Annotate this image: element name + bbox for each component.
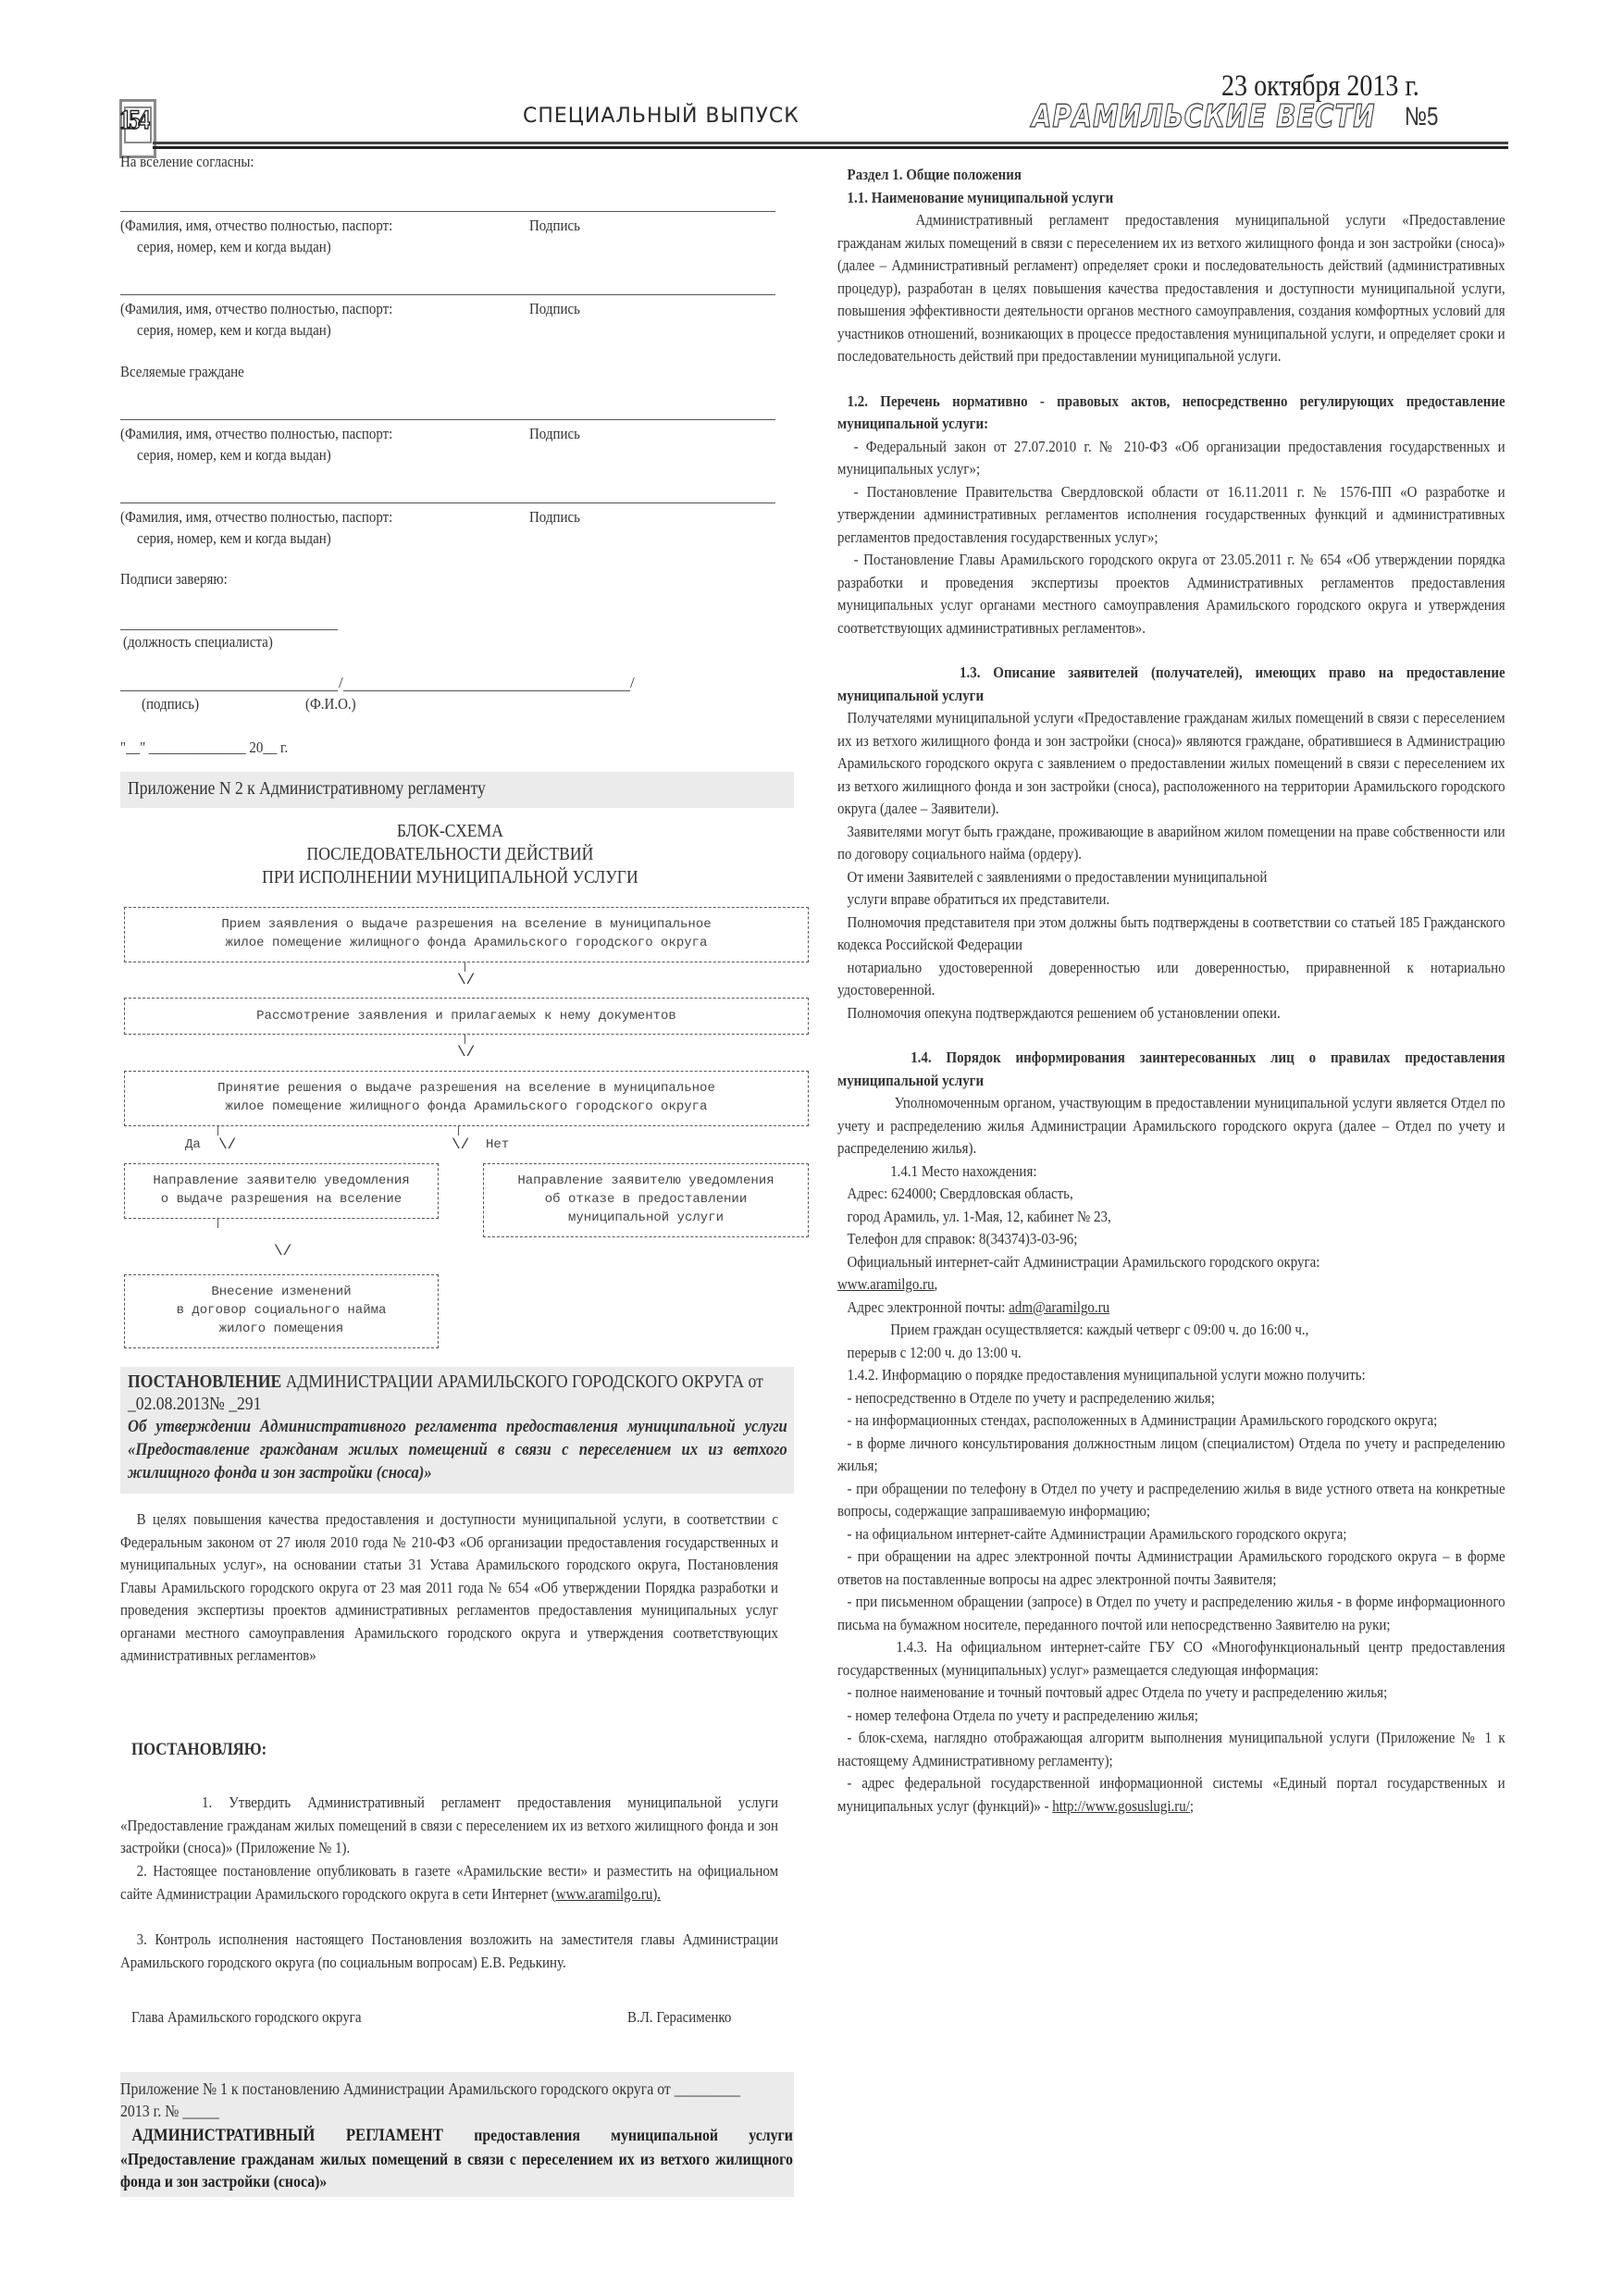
section13-paragraph: От имени Заявителей с заявлениями о пред… — [837, 866, 1505, 889]
page-number-badge: 154 — [119, 99, 156, 158]
connector — [217, 1219, 218, 1228]
down-arrow-icon: \/ — [218, 1136, 236, 1153]
address: Адрес: 624000; Свердловская область, — [837, 1183, 1505, 1206]
resolution-title-bold: ПОСТАНОВЛЕНИЕ — [128, 1371, 281, 1392]
connector — [465, 962, 465, 972]
name-line[interactable] — [120, 294, 775, 295]
slash: / — [339, 674, 343, 692]
section143-item: - полное наименование и точный почтовый … — [837, 1682, 1505, 1705]
name-hint: (Фамилия, имя, отчество полностью, паспо… — [120, 425, 392, 443]
flow-step-text: в договор социального найма — [125, 1301, 438, 1320]
name-hint-2: серия, номер, кем и когда выдан) — [137, 446, 331, 465]
section142-item: - при обращении по телефону в Отдел по у… — [837, 1478, 1505, 1523]
resolution-banner: ПОСТАНОВЛЕНИЕ АДМИНИСТРАЦИИ АРАМИЛЬСКОГО… — [120, 1367, 794, 1494]
section13-paragraph: Заявителями могут быть граждане, прожива… — [837, 821, 1505, 866]
section13-paragraph: услуги вправе обратиться их представител… — [837, 888, 1505, 912]
down-arrow-icon: \/ — [457, 972, 475, 988]
decree-heading: ПОСТАНОВЛЯЮ: — [131, 1740, 266, 1760]
section142-item: - в форме личного консультирования должн… — [837, 1433, 1505, 1478]
email-link[interactable]: adm@aramilgo.ru — [1009, 1298, 1109, 1316]
decree-item-2: 2. Настоящее постановление опубликовать … — [120, 1860, 778, 1905]
name-hint: (Фамилия, имя, отчество полностью, паспо… — [120, 508, 392, 527]
flow-step-text: жилое помещение жилищного фонда Арамильс… — [125, 1098, 808, 1116]
decree-item-3: 3. Контроль исполнения настоящего Постан… — [120, 1929, 778, 1974]
appendix1-line: Приложение № 1 к постановлению Администр… — [120, 2078, 772, 2122]
signature-hint: (подпись) — [142, 695, 199, 714]
certify-heading: Подписи заверяю: — [120, 570, 228, 589]
no-label: Нет — [486, 1137, 509, 1152]
section142-item: - на информационных стендах, расположенн… — [837, 1409, 1505, 1433]
down-arrow-icon: \/ — [457, 1044, 475, 1061]
resolution-title: ПОСТАНОВЛЕНИЕ АДМИНИСТРАЦИИ АРАМИЛЬСКОГО… — [128, 1371, 787, 1415]
flow-step-receive: Прием заявления о выдаче разрешения на в… — [124, 907, 809, 962]
fio-line[interactable] — [343, 690, 630, 691]
name-line[interactable] — [120, 211, 775, 212]
page-number: 154 — [119, 105, 148, 136]
flow-step-review: Рассмотрение заявления и прилагаемых к н… — [124, 998, 809, 1035]
section12-item: - Постановление Правительства Свердловск… — [837, 481, 1505, 550]
signatory-title: Глава Арамильского городского округа — [131, 2006, 361, 2029]
flow-step-text: жилое помещение жилищного фонда Арамильс… — [125, 934, 808, 952]
flow-step-text: Направление заявителю уведомления — [484, 1172, 808, 1190]
section11-text: Административный регламент предоставлени… — [837, 209, 1505, 368]
section13-paragraph: нотариально удостоверенной доверенностью… — [837, 957, 1505, 1002]
name-line[interactable] — [120, 503, 775, 503]
connector — [217, 1126, 218, 1136]
section13-paragraph: Полномочия представителя при этом должны… — [837, 912, 1505, 957]
flow-step-decision: Принятие решения о выдаче разрешения на … — [124, 1071, 809, 1126]
issue-title: СПЕЦИАЛЬНЫЙ ВЫПУСК — [523, 105, 799, 128]
section143-item: - адрес федеральной государственной инфо… — [837, 1772, 1505, 1818]
section14-intro: Уполномоченным органом, участвующим в пр… — [837, 1092, 1505, 1160]
section142-item: - при обращении на адрес электронной поч… — [837, 1545, 1505, 1591]
scheme-title: БЛОК-СХЕМА ПОСЛЕДОВАТЕЛЬНОСТИ ДЕЙСТВИЙ П… — [120, 820, 780, 889]
resolution-subtitle: Об утверждении Административного регламе… — [128, 1415, 787, 1484]
resolution-preamble: В целях повышения качества предоставлени… — [120, 1508, 778, 1668]
scheme-title-1: БЛОК-СХЕМА — [120, 820, 780, 843]
appendix1-banner: Приложение № 1 к постановлению Администр… — [120, 2072, 794, 2197]
signature-label: Подпись — [529, 217, 580, 235]
section143-item: - номер телефона Отдела по учету и распр… — [837, 1705, 1505, 1728]
header-divider — [153, 142, 1508, 144]
website-link[interactable]: www.aramilgo.ru — [837, 1275, 935, 1293]
section141-heading: 1.4.1 Место нахождения: — [837, 1160, 1505, 1184]
name-hint-2: серия, номер, кем и когда выдан) — [137, 529, 331, 548]
punctuation: ; — [1190, 1797, 1194, 1815]
reception-hours: Прием граждан осуществляется: каждый чет… — [837, 1319, 1505, 1342]
signature-line[interactable] — [120, 690, 338, 691]
position-line[interactable] — [120, 629, 338, 630]
flow-step-amend-contract: Внесение изменений в договор социального… — [124, 1274, 439, 1348]
yes-label: Да — [185, 1137, 201, 1152]
position-hint: (должность специалиста) — [123, 633, 273, 652]
newspaper-name: АРАМИЛЬСКИЕ ВЕСТИ — [1032, 98, 1375, 135]
flow-step-text: об отказе в предоставлении — [484, 1190, 808, 1209]
section12-heading: 1.2. Перечень нормативно - правовых акто… — [837, 391, 1505, 436]
flow-step-text: Прием заявления о выдаче разрешения на в… — [125, 915, 808, 934]
section1-heading: Раздел 1. Общие положения — [837, 164, 1505, 187]
section14-heading: 1.4. Порядок информирования заинтересова… — [837, 1047, 1505, 1092]
website-link[interactable]: (www.aramilgo.ru). — [551, 1885, 661, 1903]
right-column: Раздел 1. Общие положения 1.1. Наименова… — [837, 164, 1505, 1818]
section11-heading: 1.1. Наименование муниципальной услуги — [837, 187, 1505, 210]
signature-label: Подпись — [529, 425, 580, 443]
appendix2-banner: Приложение N 2 к Административному регла… — [120, 772, 794, 808]
section142-text: 1.4.2. Информацию о порядке предоставлен… — [837, 1364, 1505, 1387]
regulation-title: АДМИНИСТРАТИВНЫЙ РЕГЛАМЕНТ предоставлени… — [120, 2124, 793, 2193]
slash: / — [630, 674, 635, 692]
section142-item: - на официальном интернет-сайте Админист… — [837, 1523, 1505, 1546]
name-hint: (Фамилия, имя, отчество полностью, паспо… — [120, 217, 392, 235]
flow-step-refusal-notice: Направление заявителю уведомления об отк… — [483, 1163, 809, 1237]
flow-step-text: о выдаче разрешения на вселение — [125, 1190, 438, 1209]
down-arrow-icon: \/ — [274, 1243, 291, 1260]
settled-heading: Вселяемые граждане — [120, 363, 244, 381]
connector — [458, 1126, 459, 1136]
name-line[interactable] — [120, 419, 775, 420]
header-divider-thick — [153, 146, 1508, 149]
name-hint: (Фамилия, имя, отчество полностью, паспо… — [120, 300, 392, 318]
section143-item: - блок-схема, наглядно отображающая алго… — [837, 1727, 1505, 1772]
section13-paragraph: Полномочия опекуна подтверждаются решени… — [837, 1002, 1505, 1025]
flow-step-text: Внесение изменений — [125, 1283, 438, 1301]
fio-hint: (Ф.И.О.) — [305, 695, 356, 714]
date-line[interactable]: "__" ______________ 20__ г. — [120, 738, 288, 757]
appendix2-title: Приложение N 2 к Административному регла… — [128, 778, 486, 800]
section142-item: - при письменном обращении (запросе) в О… — [837, 1591, 1505, 1636]
flow-step-text: Принятие решения о выдаче разрешения на … — [125, 1079, 808, 1098]
flow-step-approve-notice: Направление заявителю уведомления о выда… — [124, 1163, 439, 1219]
flow-step-text: муниципальной услуги — [484, 1209, 808, 1227]
scheme-title-3: ПРИ ИСПОЛНЕНИИ МУНИЦИПАЛЬНОЙ УСЛУГИ — [120, 866, 780, 889]
regulation-title-bold: АДМИНИСТРАТИВНЫЙ РЕГЛАМЕНТ — [131, 2126, 443, 2145]
name-hint-2: серия, номер, кем и когда выдан) — [137, 238, 331, 256]
website-label: Официальный интернет-сайт Администрации … — [837, 1251, 1505, 1274]
gosuslugi-link[interactable]: http://www.gosuslugi.ru/ — [1052, 1797, 1190, 1815]
signature-label: Подпись — [529, 508, 580, 527]
consent-heading: На вселение согласны: — [120, 153, 254, 171]
section12-item: - Постановление Главы Арамильского город… — [837, 549, 1505, 639]
decree-item-2-text: 2. Настоящее постановление опубликовать … — [120, 1862, 778, 1903]
scheme-title-2: ПОСЛЕДОВАТЕЛЬНОСТИ ДЕЙСТВИЙ — [120, 843, 780, 866]
flow-step-text: Рассмотрение заявления и прилагаемых к н… — [125, 1007, 808, 1025]
section13-heading: 1.3. Описание заявителей (получателей), … — [837, 662, 1505, 707]
section142-item: - непосредственно в Отделе по учету и ра… — [837, 1387, 1505, 1410]
decree-item-1: 1. Утвердить Административный регламент … — [120, 1792, 778, 1860]
signatory-name: В.Л. Герасименко — [627, 2006, 731, 2029]
down-arrow-icon: \/ — [452, 1136, 469, 1153]
name-hint-2: серия, номер, кем и когда выдан) — [137, 321, 331, 340]
issue-number: №5 — [1405, 102, 1438, 131]
signature-label: Подпись — [529, 300, 580, 318]
flow-step-text: Направление заявителю уведомления — [125, 1172, 438, 1190]
phone: Телефон для справок: 8(34374)3-03-96; — [837, 1228, 1505, 1251]
street: город Арамиль, ул. 1-Мая, 12, кабинет № … — [837, 1206, 1505, 1229]
connector — [465, 1035, 465, 1044]
email-label: Адрес электронной почты: — [848, 1298, 1010, 1316]
section12-item: - Федеральный закон от 27.07.2010 г. № 2… — [837, 436, 1505, 481]
email-row: Адрес электронной почты: adm@aramilgo.ru — [837, 1297, 1505, 1320]
section13-paragraph: Получателями муниципальной услуги «Предо… — [837, 707, 1505, 821]
section143-text: 1.4.3. На официальном интернет-сайте ГБУ… — [837, 1636, 1505, 1682]
reception-break: перерыв с 12:00 ч. до 13:00 ч. — [837, 1342, 1505, 1365]
flow-step-text: жилого помещения — [125, 1320, 438, 1338]
